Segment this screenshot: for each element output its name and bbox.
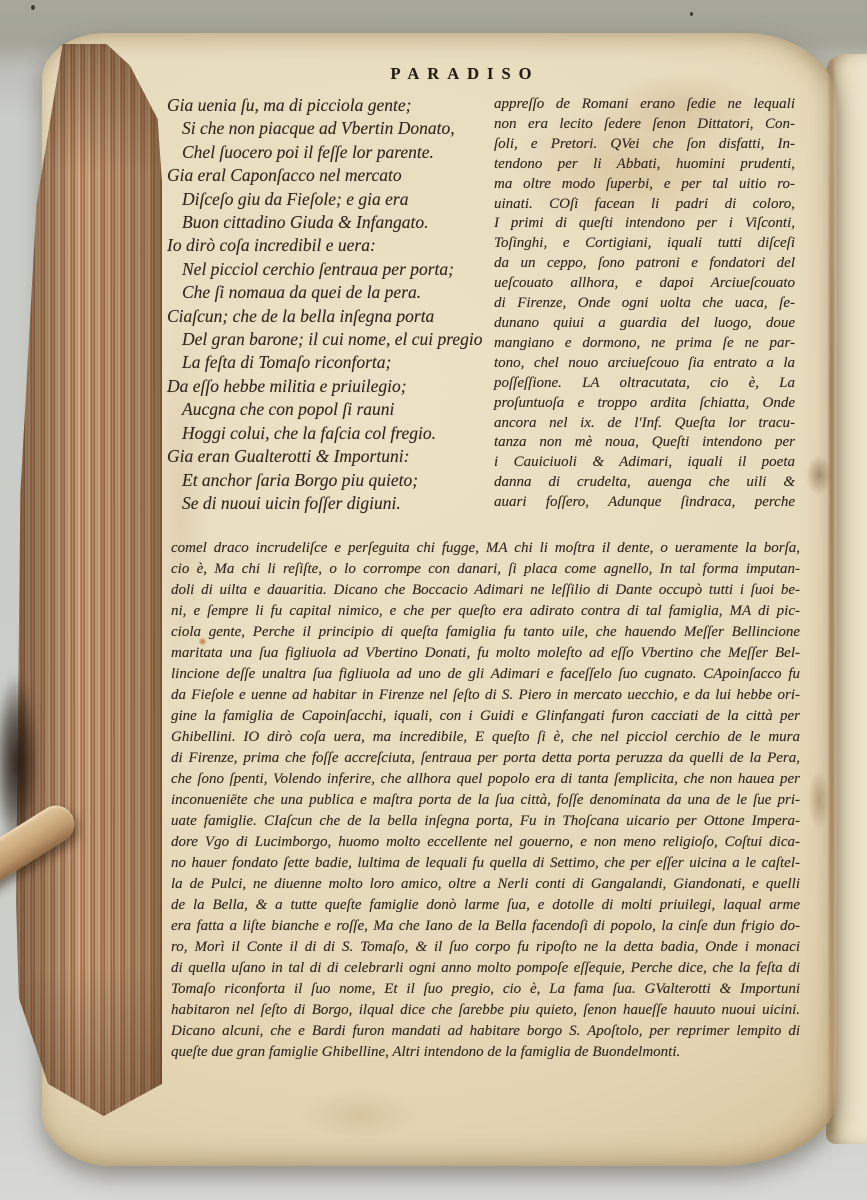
verse-line: Che ſi nomaua da quei de la pera. — [167, 281, 497, 304]
commentary-line: uinati. COſi facean li padri di coloro, — [494, 195, 795, 215]
verse-column: Gia uenia ſu, ma di picciola gente;Si ch… — [167, 94, 497, 515]
commentary-line: cio è, Ma chi li reſiſte, o lo corrompe … — [171, 559, 800, 580]
commentary-line: Dicano alcuni, che e Bardi furon mandati… — [171, 1021, 800, 1042]
commentary-line: inconueniēte che una publica e maſtra po… — [171, 790, 800, 811]
verse-line: Ciaſcun; che de la bella inſegna porta — [167, 305, 497, 328]
fore-edge-shading — [16, 44, 162, 1116]
commentary-line: tono, chel nouo arciueſcouo ſia entrato … — [494, 354, 795, 374]
dust-speck — [690, 12, 693, 16]
commentary-line: ſoli, e Pretori. QVei che ſon disfatti, … — [494, 135, 795, 155]
commentary-line: da Fieſole e uenne ad habitar in Firenze… — [171, 685, 800, 706]
commentary-line: de la Bella, & a tutte queſte famiglie d… — [171, 895, 800, 916]
commentary-line: auari foſſero, Adunque ſindraca, perche — [494, 493, 795, 513]
commentary-line: non era lecito ſedere ſenon Dittatori, C… — [494, 115, 795, 135]
commentary-bottom-block: comel draco incrudeliſce e perſeguita ch… — [171, 538, 800, 1063]
verse-line: Da eſſo hebbe militia e priuilegio; — [167, 375, 497, 398]
commentary-line: da un ceppo, ſono patroni e fondatori de… — [494, 254, 795, 274]
verse-line: Buon cittadino Giuda & Infangato. — [167, 211, 497, 234]
commentary-line: Tomaſo riconforta il ſuo nome, Et il ſuo… — [171, 979, 800, 1000]
verse-line: Et anchor ſaria Borgo piu quieto; — [167, 469, 497, 492]
commentary-line: ni, e ſempre li fu capital nimico, e che… — [171, 601, 800, 622]
verse-line: La feſta di Tomaſo riconforta; — [167, 351, 497, 374]
commentary-line: comel draco incrudeliſce e perſeguita ch… — [171, 538, 800, 559]
commentary-line: di Firenze, prima che foſſe accreſciuta,… — [171, 748, 800, 769]
verse-line: Gia eral Caponſacco nel mercato — [167, 164, 497, 187]
commentary-line: poſſeſſione. LA oltracutata, cio è, La — [494, 374, 795, 394]
verse-line: Chel ſuocero poi il feſſe lor parente. — [167, 141, 497, 164]
commentary-line: ueſcouato allhora, e dapoi Arciueſcouato — [494, 274, 795, 294]
verse-line: Nel picciol cerchio ſentraua per porta; — [167, 258, 497, 281]
commentary-line: la de Pulci, ne diuenne molto loro amico… — [171, 874, 800, 895]
verse-line: Gia uenia ſu, ma di picciola gente; — [167, 94, 497, 117]
commentary-line: ancora nel ix. de l'Inf. Queſta lor trac… — [494, 414, 795, 434]
commentary-line: doli di uilta e dauaritia. Dicano che Bo… — [171, 580, 800, 601]
verse-line: Se di nuoui uicin foſſer digiuni. — [167, 492, 497, 515]
commentary-line: mangiano e dormono, ne prima ſe ne par- — [494, 334, 795, 354]
verse-line: Gia eran Gualterotti & Importuni: — [167, 445, 497, 468]
commentary-line: habitaron nel ſeſto di Borgo, ilqual dic… — [171, 1000, 800, 1021]
photo-backdrop: PARADISO Gia uenia ſu, ma di picciola ge… — [0, 0, 867, 1200]
commentary-line: tendono per li Abbati, huomini prudenti, — [494, 155, 795, 175]
commentary-line: maritata una ſua figliuola ad Vbertino D… — [171, 643, 800, 664]
commentary-right-column: appreſſo de Romani erano ſedie ne lequal… — [494, 95, 795, 513]
commentary-line: appreſſo de Romani erano ſedie ne lequal… — [494, 95, 795, 115]
commentary-line: I primi di queſti intendono per i Viſcon… — [494, 214, 795, 234]
commentary-line: di Firenze, Onde ogni uolta che uaca, ſe… — [494, 294, 795, 314]
verse-line: Aucgna che con popol ſi rauni — [167, 398, 497, 421]
commentary-line: danna di crudelta, auenga che uili & — [494, 473, 795, 493]
commentary-line: proſuntuoſa e troppo ardita ſchiatta, On… — [494, 394, 795, 414]
commentary-line: i Cauiciuoli & Adimari, iquali il poeta — [494, 453, 795, 473]
commentary-line: era fatta a liſte bianche e roſſe, Ma ch… — [171, 916, 800, 937]
dust-speck — [31, 5, 35, 10]
commentary-line: che ſono ſpenti, Volendo inferire, che a… — [171, 769, 800, 790]
running-title: PARADISO — [340, 64, 590, 84]
commentary-line: dore Vgo di Lucimborgo, huomo molto ecce… — [171, 832, 800, 853]
commentary-line: no hauer fondato ſette badie, lultima de… — [171, 853, 800, 874]
commentary-line: Ghibellini. IO dirò coſa uera, ma incred… — [171, 727, 800, 748]
commentary-line: queſte due gran famiglie Ghibelline, Alt… — [171, 1042, 800, 1063]
commentary-line: uate famiglie. CIaſcun che de la bella i… — [171, 811, 800, 832]
commentary-line: gine la famiglia de Capoinſacchi, iquali… — [171, 706, 800, 727]
commentary-line: ma oltre modo ſuperbi, e per tal uitio r… — [494, 175, 795, 195]
verse-line: Si che non piacque ad Vbertin Donato, — [167, 117, 497, 140]
verse-line: Del gran barone; il cui nome, el cui pre… — [167, 328, 497, 351]
verse-line: Diſceſo giu da Fieſole; e gia era — [167, 188, 497, 211]
verse-line: Hoggi colui, che la faſcia col fregio. — [167, 422, 497, 445]
commentary-line: ciola gente, Perche il principio di queſ… — [171, 622, 800, 643]
commentary-line: Toſinghi, e Cortigiani, iquali tutti diſ… — [494, 234, 795, 254]
commentary-line: ro, Morì il Conte il di di S. Tomaſo, & … — [171, 937, 800, 958]
commentary-line: di quella uſano in tal di di celebrarli … — [171, 958, 800, 979]
commentary-line: lincione deſſe unaltra ſua figliuola ad … — [171, 664, 800, 685]
verse-line: Io dirò coſa incredibil e uera: — [167, 234, 497, 257]
commentary-line: dunano quiui a guardia del luogo, doue — [494, 314, 795, 334]
commentary-line: tanza non mè noua, Queſti intendono per — [494, 433, 795, 453]
page-gutter-crease — [829, 60, 834, 1135]
